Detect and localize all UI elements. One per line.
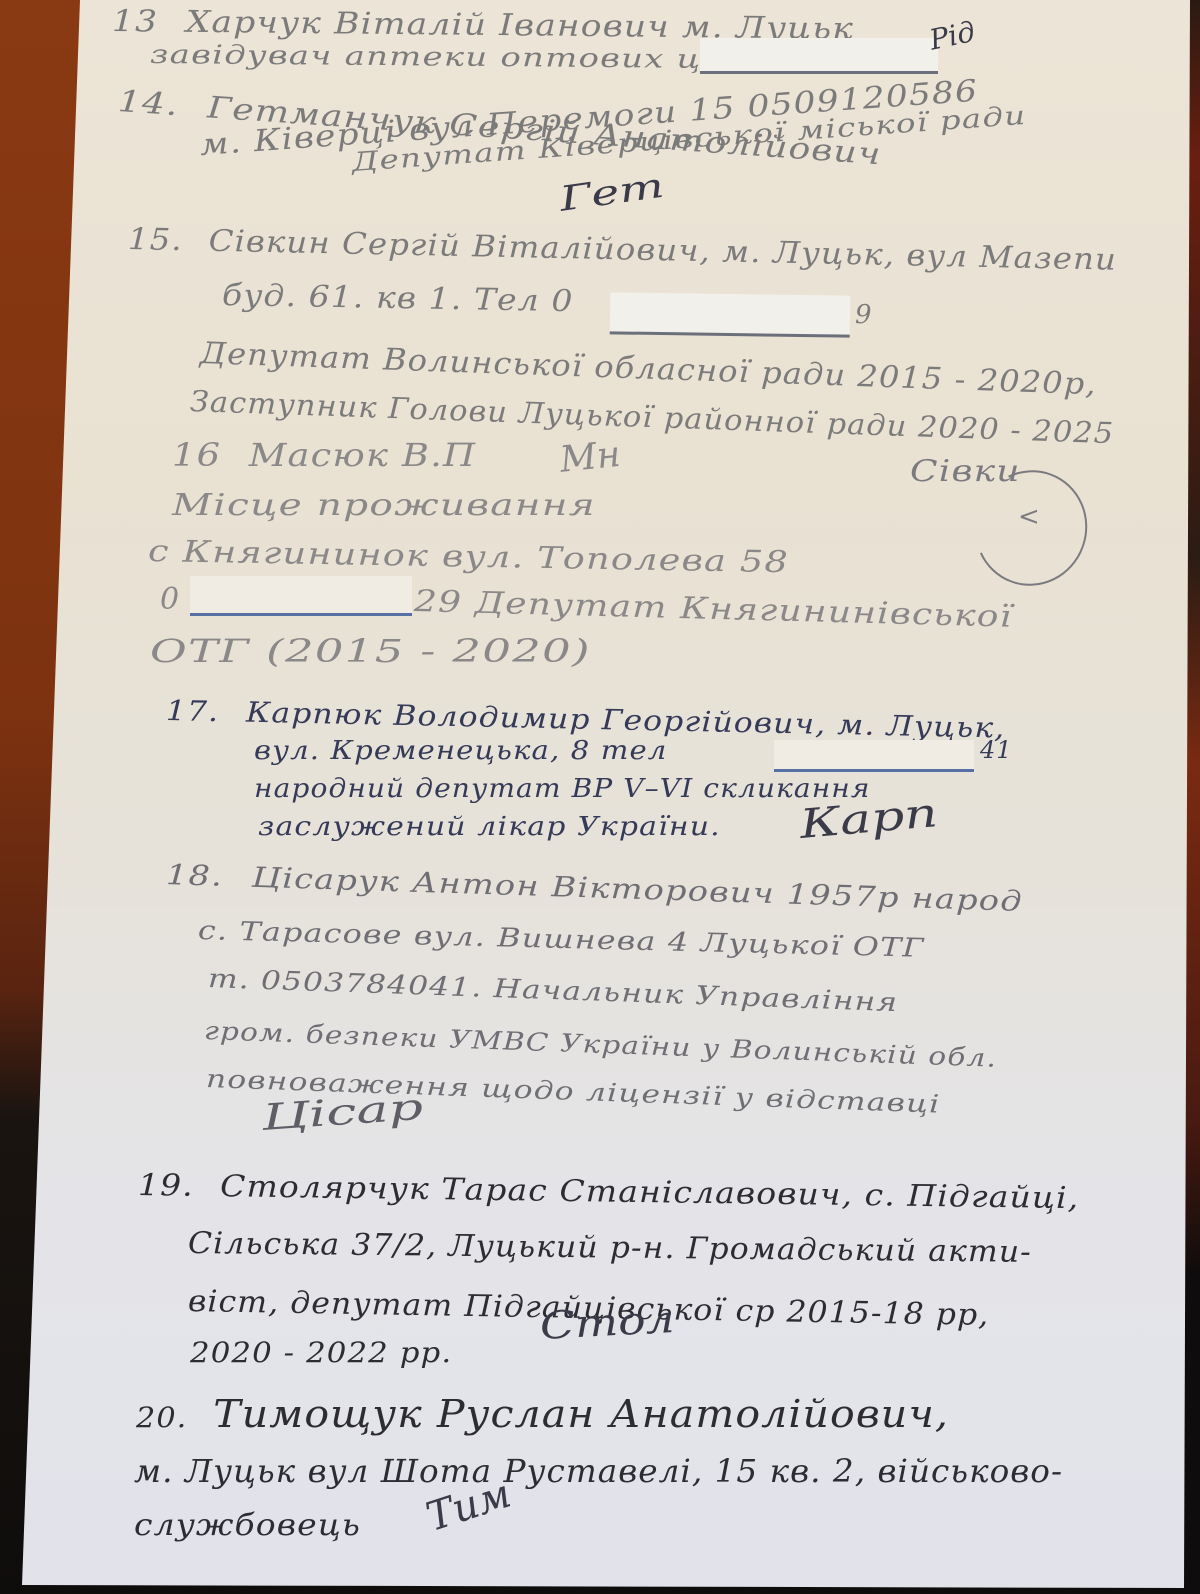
entry-19-line-2: Сільська 37/2, Луцький р-н. Громадський … (188, 1226, 1032, 1270)
entry-15-line-2: буд. 61. кв 1. Тел 0 (222, 278, 574, 319)
entry-15-line-1: 15.Сівкин Сергій Віталійович, м. Луцьк, … (128, 222, 1118, 278)
entry-17-line-3: народний депутат ВР V–VI скликання (254, 774, 871, 804)
entry-16-line-5: ОТГ (2015 - 2020) (150, 632, 591, 670)
signature: Стол (539, 1297, 676, 1348)
phone-suffix: 41 (980, 736, 1013, 764)
entry-20-line-1: 20.Тимощук Руслан Анатолійович, (136, 1392, 949, 1436)
entry-17-line-2: вул. Кременецька, 8 тел (254, 736, 667, 766)
entry-19-line-4: 2020 - 2022 рр. (190, 1336, 452, 1369)
entry-18-line-3: т. 0503784041. Начальник Управління (207, 964, 898, 1018)
entry-16-line-4: 29 Депутат Княгининівської (414, 584, 1013, 635)
entry-20-line-3: службовець (134, 1508, 361, 1543)
entry-16-line-1: 16Масюк В.П (172, 436, 476, 474)
entry-19-line-1: 19.Столярчук Тарас Станіславович, с. Під… (138, 1168, 1080, 1216)
entry-13-line-2: завідувач аптеки оптових цін. (150, 40, 749, 75)
entry-18-line-4: гром. безпеки УМВС України у Волинській … (203, 1016, 997, 1073)
check-mark: < (1018, 502, 1041, 532)
redacted-phone (190, 576, 412, 616)
redacted-phone (700, 38, 938, 74)
entry-20-line-2: м. Луцьк вул Шота Руставелі, 15 кв. 2, в… (134, 1452, 1063, 1490)
entry-number: 19. (138, 1168, 194, 1204)
phone-suffix: 9 (855, 300, 873, 330)
entry-number: 20. (136, 1401, 187, 1434)
entry-number: 14. (117, 84, 180, 123)
redacted-phone (774, 740, 974, 772)
entry-17-line-4: заслужений лікар України. (258, 812, 721, 842)
signature: Рід (927, 15, 978, 57)
entry-number: 17. (166, 694, 220, 728)
entry-16-phone-prefix: 0 (160, 582, 180, 617)
entry-16-line-2: Місце проживання (172, 488, 596, 523)
signature: Мн (558, 434, 623, 481)
entry-18-line-1: 18.Цісарук Антон Вікторович 1957р народ (165, 858, 1023, 918)
entry-number: 13 (112, 4, 159, 39)
redacted-phone (610, 292, 851, 337)
entry-number: 18. (165, 858, 223, 893)
entry-number: 16 (172, 436, 221, 474)
document-sheet: 13Харчук Віталій Іванович м. Луцьк завід… (0, 0, 1200, 1594)
entry-number: 15. (128, 222, 183, 258)
signature: Гет (557, 166, 666, 220)
entry-16-line-3: с Княгининок вул. Тополева 58 (148, 534, 790, 580)
entry-18-line-2: с. Тарасове вул. Вишнева 4 Луцької ОТГ (198, 916, 925, 964)
